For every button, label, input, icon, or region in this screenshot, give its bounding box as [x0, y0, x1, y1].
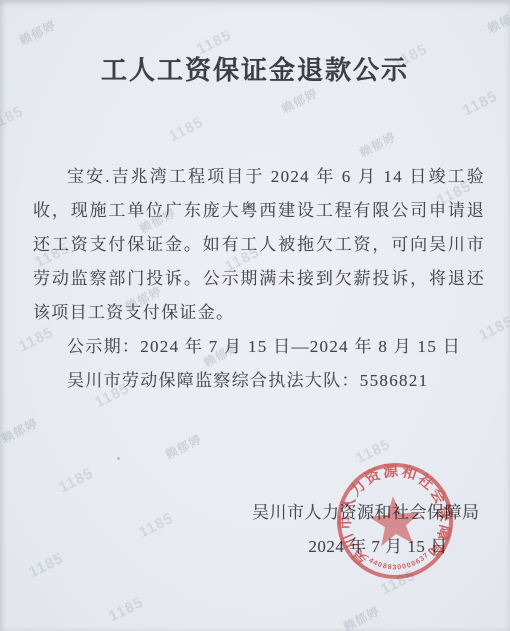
watermark-name-text: 赖郁婷: [356, 128, 398, 161]
contact-line: 吴川市劳动保障监察综合执法大队：5586821: [33, 364, 485, 398]
watermark-name-text: 赖郁婷: [162, 430, 204, 463]
watermark-name-text: 赖郁婷: [278, 84, 320, 117]
seal-star-icon: [367, 494, 422, 547]
watermark-number-text: 1185: [106, 594, 146, 626]
watermark-number-text: 1185: [136, 510, 176, 542]
watermark-name-text: 赖郁婷: [340, 602, 382, 631]
document-title: 工人工资保证金退款公示: [0, 50, 510, 87]
watermark-number-text: 1185: [460, 88, 500, 120]
document-body: 宝安.吉兆湾工程项目于 2024 年 6 月 14 日竣工验收，现施工单位广东庞…: [33, 160, 485, 398]
publicity-period-line: 公示期：2024 年 7 月 15 日—2024 年 8 月 15 日: [33, 330, 485, 364]
watermark-name-text: 赖郁婷: [16, 16, 58, 49]
notice-paragraph: 宝安.吉兆湾工程项目于 2024 年 6 月 14 日竣工验收，现施工单位广东庞…: [33, 160, 485, 330]
watermark-name-text: 赖郁婷: [0, 414, 41, 447]
watermark-number-text: 1185: [26, 550, 66, 582]
scanned-notice-page: 赖郁婷 赖郁婷 赖郁婷 赖郁婷 赖郁婷 赖郁婷 赖郁婷 赖郁婷 赖郁婷 赖郁婷 …: [0, 0, 510, 631]
scan-speck: [117, 457, 120, 460]
official-seal: 吴川市人力资源和社会保障局 4408830000637: [325, 451, 466, 592]
watermark-number-text: 1185: [166, 114, 206, 146]
watermark-number-text: 1185: [0, 103, 26, 135]
watermark-name-text: 赖郁婷: [484, 4, 510, 37]
watermark-number-text: 1185: [56, 465, 96, 497]
